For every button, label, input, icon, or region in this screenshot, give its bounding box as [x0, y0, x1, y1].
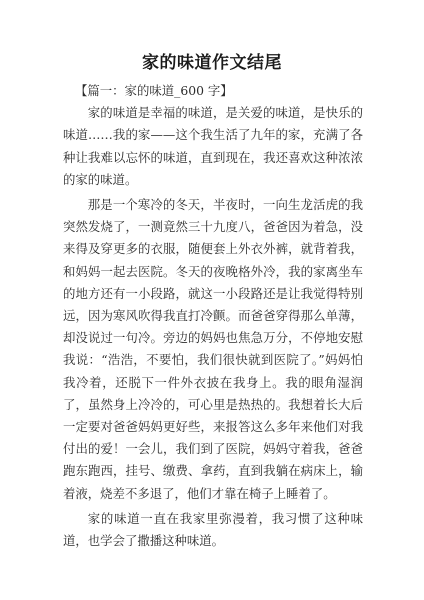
section-heading: 【篇一：家的味道_600 字】	[63, 80, 363, 102]
document-body: 【篇一：家的味道_600 字】 家的味道是幸福的味道，是关爱的味道，是快乐的味道…	[63, 80, 363, 555]
paragraph-1: 家的味道是幸福的味道，是关爱的味道，是快乐的味道……我的家——这个我生活了九年的…	[63, 102, 363, 191]
paragraph-2: 那是一个寒冷的冬天，半夜时，一向生龙活虎的我突然发烧了，一测竟然三十九度八，爸爸…	[63, 194, 363, 505]
document-page: 家的味道作文结尾 【篇一：家的味道_600 字】 家的味道是幸福的味道，是关爱的…	[0, 0, 424, 600]
document-title: 家的味道作文结尾	[0, 52, 424, 74]
paragraph-3: 家的味道一直在我家里弥漫着，我习惯了这种味道，也学会了撒播这种味道。	[63, 508, 363, 552]
